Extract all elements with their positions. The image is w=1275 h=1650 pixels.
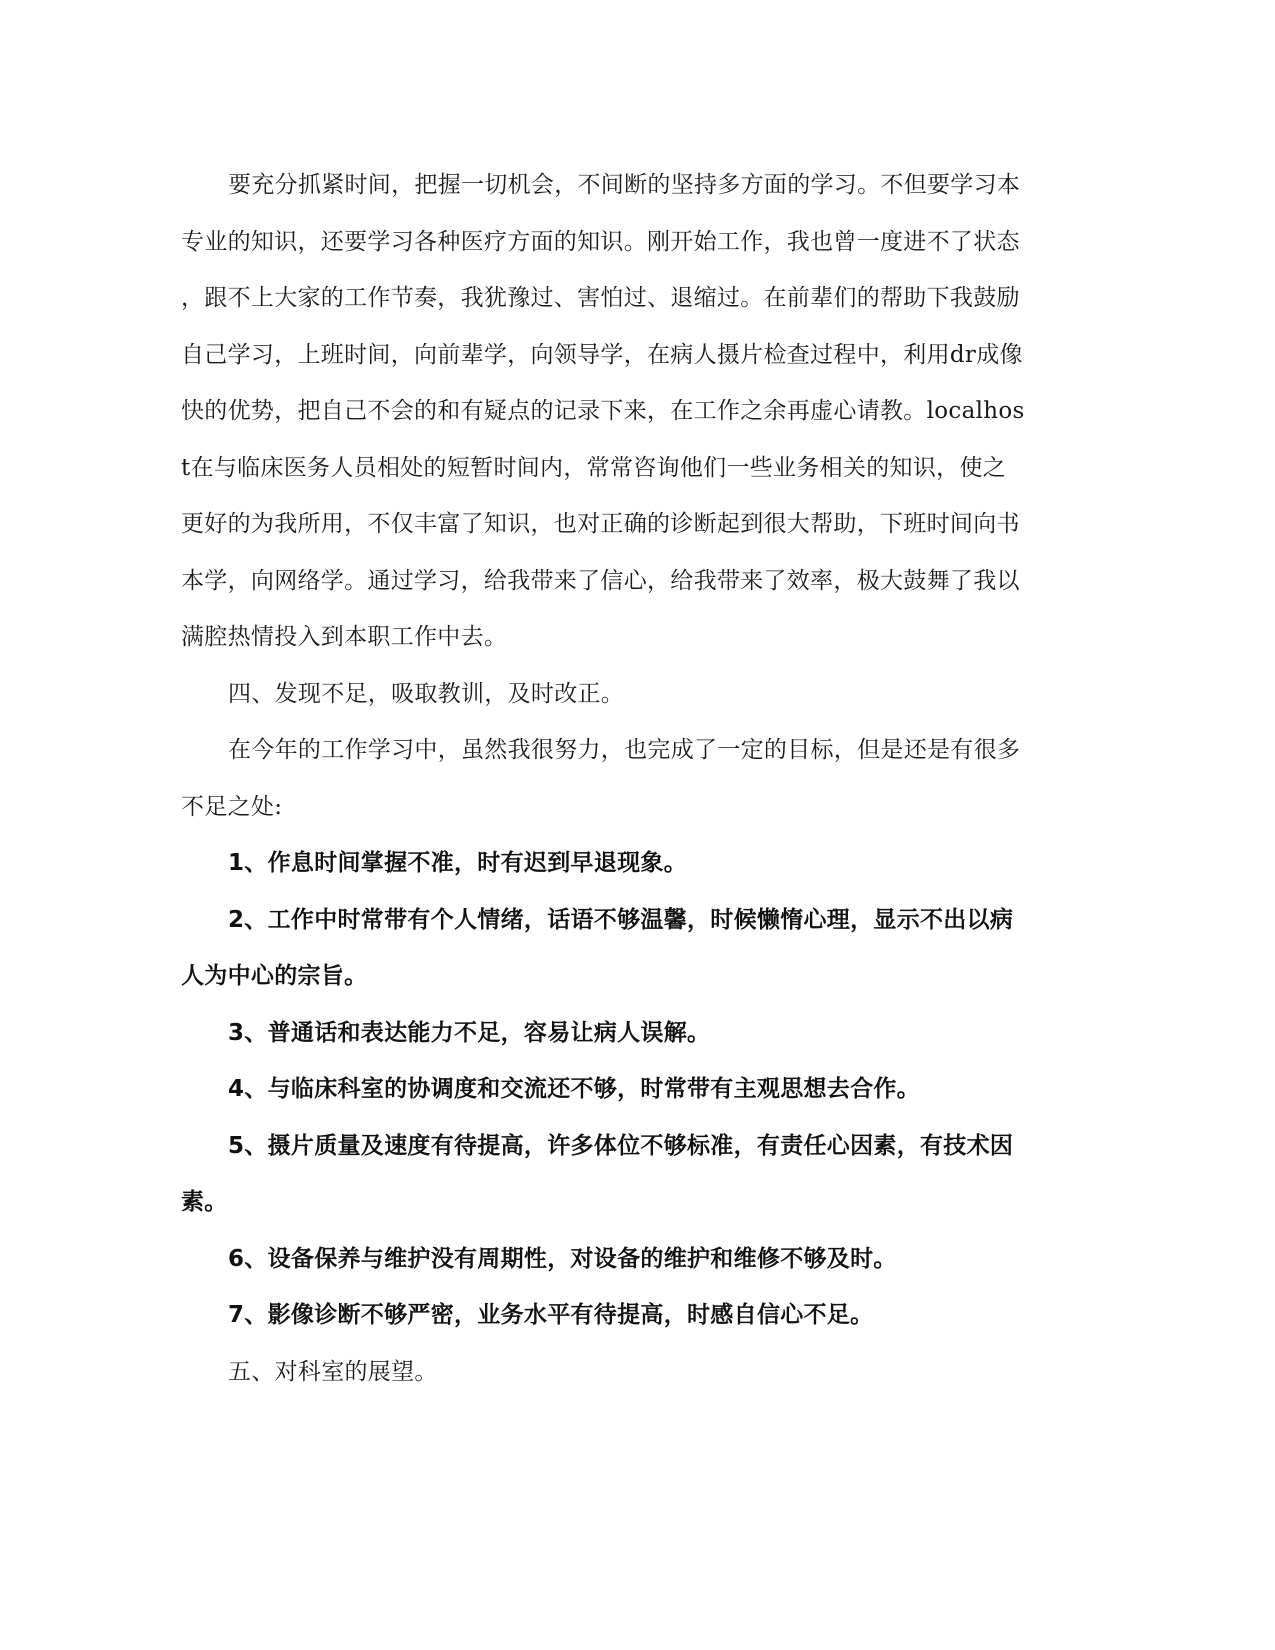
paragraph-line: 自己学习，上班时间，向前辈学，向领导学，在病人摄片检查过程中，利用dr成像 [181, 340, 1023, 370]
list-item: 7、影像诊断不够严密，业务水平有待提高，时感自信心不足。 [228, 1300, 873, 1330]
list-item: 3、普通话和表达能力不足，容易让病人误解。 [228, 1018, 710, 1048]
list-item: 5、摄片质量及速度有待提高，许多体位不够标准，有责任心因素，有技术因 [228, 1131, 1013, 1161]
paragraph-line: 本学，向网络学。通过学习，给我带来了信心，给我带来了效率，极大鼓舞了我以 [181, 566, 1020, 596]
paragraph-line: 快的优势，把自己不会的和有疑点的记录下来，在工作之余再虚心请教。localhos [181, 396, 1025, 426]
paragraph-line: t在与临床医务人员相处的短暂时间内，常常咨询他们一些业务相关的知识，使之 [181, 453, 1006, 483]
paragraph-line: 不足之处: [181, 792, 282, 822]
list-item: 4、与临床科室的协调度和交流还不够，时常带有主观思想去合作。 [228, 1074, 920, 1104]
list-item: 2、工作中时常带有个人情绪，话语不够温馨，时候懒惰心理，显示不出以病 [228, 905, 1013, 935]
list-item: 1、作息时间掌握不准，时有迟到早退现象。 [228, 848, 687, 878]
list-item: 6、设备保养与维护没有周期性，对设备的维护和维修不够及时。 [228, 1244, 897, 1274]
section-heading: 五、对科室的展望。 [228, 1357, 438, 1387]
list-item-continuation: 人为中心的宗旨。 [181, 961, 367, 991]
document-page: 要充分抓紧时间，把握一切机会，不间断的坚持多方面的学习。不但要学习本 专业的知识… [0, 0, 1275, 1650]
paragraph-line: ，跟不上大家的工作节奏，我犹豫过、害怕过、退缩过。在前辈们的帮助下我鼓励 [181, 283, 1020, 313]
section-heading: 四、发现不足，吸取教训，及时改正。 [228, 679, 624, 709]
paragraph-line: 在今年的工作学习中，虽然我很努力，也完成了一定的目标，但是还是有很多 [228, 735, 1020, 765]
paragraph-line: 更好的为我所用，不仅丰富了知识，也对正确的诊断起到很大帮助，下班时间向书 [181, 509, 1020, 539]
paragraph-line: 专业的知识，还要学习各种医疗方面的知识。刚开始工作，我也曾一度进不了状态 [181, 227, 1020, 257]
paragraph-line: 要充分抓紧时间，把握一切机会，不间断的坚持多方面的学习。不但要学习本 [228, 170, 1020, 200]
list-item-continuation: 素。 [181, 1187, 228, 1217]
paragraph-line: 满腔热情投入到本职工作中去。 [181, 622, 507, 652]
